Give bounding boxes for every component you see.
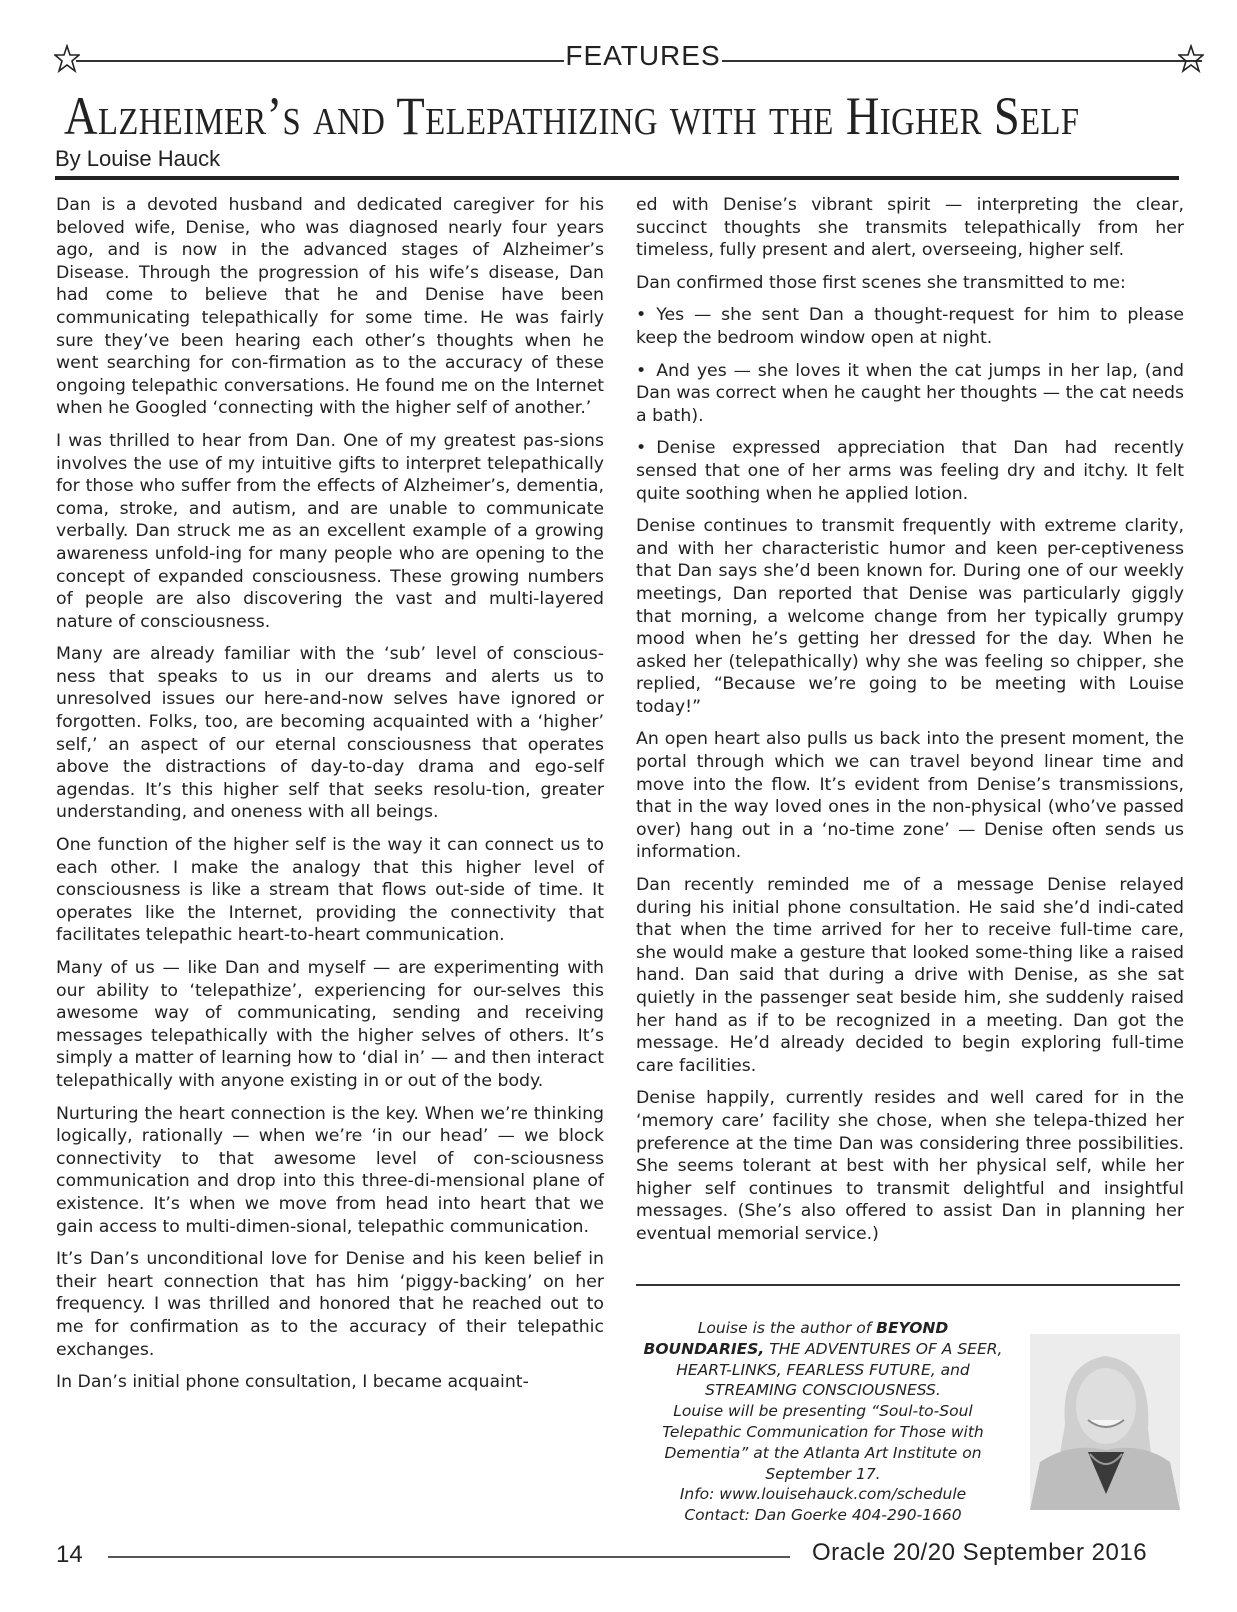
section-label: FEATURES <box>564 40 722 72</box>
bullet-icon: • <box>636 437 646 460</box>
paragraph: Dan confirmed those first scenes she tra… <box>636 272 1184 295</box>
header-rule-left <box>76 60 564 62</box>
title-divider <box>55 176 1179 180</box>
paragraph: Denise continues to transmit frequently … <box>636 515 1184 718</box>
author-photo <box>1030 1334 1180 1510</box>
bio-divider <box>636 1284 1180 1286</box>
bullet-icon: • <box>636 304 646 327</box>
bio-prefix: Louise is the author of <box>698 1319 876 1337</box>
paragraph: ed with Denise’s vibrant spirit — interp… <box>636 194 1184 262</box>
star-icon <box>1178 44 1204 74</box>
byline: By Louise Hauck <box>55 146 220 172</box>
page-number: 14 <box>56 1541 83 1569</box>
bullet-item: •Denise expressed appreciation that Dan … <box>636 437 1184 505</box>
header-rule-right <box>722 60 1202 62</box>
paragraph: Denise happily, currently resides and we… <box>636 1087 1184 1245</box>
bullet-icon: • <box>636 360 646 383</box>
paragraph: It’s Dan’s unconditional love for Denise… <box>56 1248 604 1361</box>
left-column: Dan is a devoted husband and dedicated c… <box>56 194 604 1404</box>
author-bio: Louise is the author of BEYOND BOUNDARIE… <box>638 1318 1008 1526</box>
paragraph: Dan recently reminded me of a message De… <box>636 874 1184 1077</box>
bio-info-link[interactable]: Info: www.louisehauck.com/schedule <box>680 1485 966 1503</box>
bio-contact: Contact: Dan Goerke 404-290-1660 <box>684 1506 961 1524</box>
bullet-text: Yes — she sent Dan a thought-request for… <box>636 305 1184 348</box>
paragraph: I was thrilled to hear from Dan. One of … <box>56 430 604 633</box>
portrait-icon <box>1030 1334 1180 1510</box>
bullet-text: Denise expressed appreciation that Dan h… <box>636 438 1184 503</box>
section-header: FEATURES <box>54 38 1174 74</box>
paragraph: In Dan’s initial phone consultation, I b… <box>56 1371 604 1394</box>
right-column: ed with Denise’s vibrant spirit — interp… <box>636 194 1184 1256</box>
bullet-text: And yes — she loves it when the cat jump… <box>636 361 1184 426</box>
bullet-item: •Yes — she sent Dan a thought-request fo… <box>636 304 1184 349</box>
paragraph: Dan is a devoted husband and dedicated c… <box>56 194 604 420</box>
article-title: Alzheimer’s and Telepathizing with the H… <box>64 86 1027 146</box>
paragraph: One function of the higher self is the w… <box>56 834 604 947</box>
paragraph: Nurturing the heart connection is the ke… <box>56 1103 604 1239</box>
paragraph: Many of us — like Dan and myself — are e… <box>56 957 604 1093</box>
footer-rule <box>108 1556 790 1558</box>
bullet-item: •And yes — she loves it when the cat jum… <box>636 360 1184 428</box>
magazine-page: FEATURES Alzheimer’s and Telepathizing w… <box>0 0 1237 1612</box>
star-icon <box>54 44 80 74</box>
paragraph: Many are already familiar with the ‘sub’… <box>56 643 604 824</box>
publication-footer: Oracle 20/20 September 2016 <box>812 1539 1147 1567</box>
paragraph: An open heart also pulls us back into th… <box>636 728 1184 864</box>
bio-event: Louise will be presenting “Soul-to-Soul … <box>662 1402 983 1482</box>
